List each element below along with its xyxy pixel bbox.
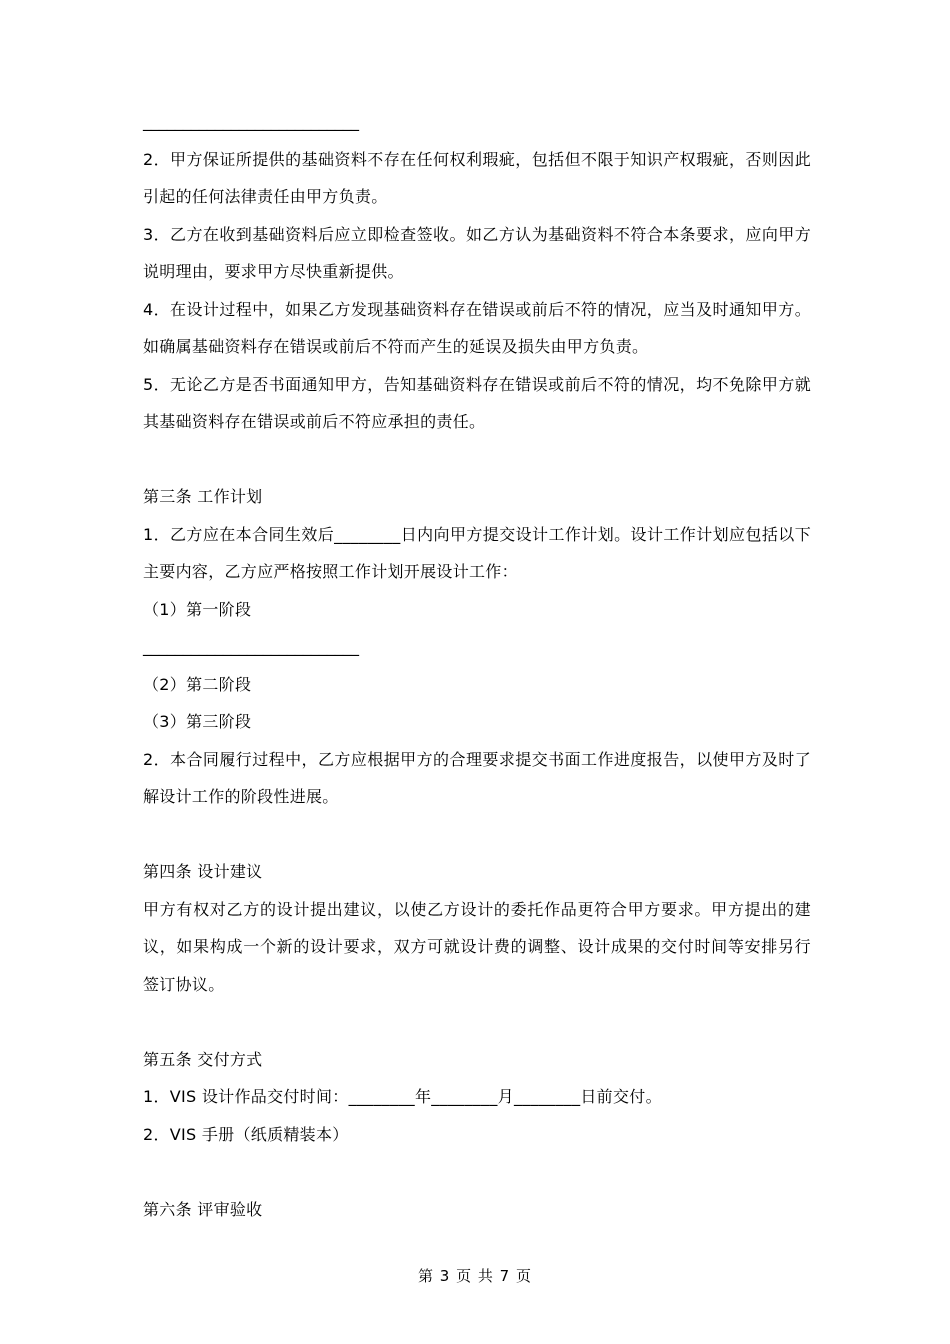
blank-line bbox=[143, 816, 811, 854]
clause-3-basic-materials: 3．乙方在收到基础资料后应立即检查签收。如乙方认为基础资料不符合本条要求，应向甲… bbox=[143, 216, 811, 291]
document-body: ___________________________ 2．甲方保证所提供的基础… bbox=[143, 103, 811, 1228]
contract-document-page: ___________________________ 2．甲方保证所提供的基础… bbox=[0, 0, 950, 1344]
page-number: 第 3 页 共 7 页 bbox=[0, 1258, 950, 1296]
clause-2-basic-materials: 2．甲方保证所提供的基础资料不存在任何权利瑕疵，包括但不限于知识产权瑕疵，否则因… bbox=[143, 141, 811, 216]
clause-5-basic-materials: 5．无论乙方是否书面通知甲方，告知基础资料存在错误或前后不符的情况，均不免除甲方… bbox=[143, 366, 811, 441]
clause-design-suggestions: 甲方有权对乙方的设计提出建议，以使乙方设计的委托作品更符合甲方要求。甲方提出的建… bbox=[143, 891, 811, 1004]
clause-1-work-plan: 1．乙方应在本合同生效后________日内向甲方提交设计工作计划。设计工作计划… bbox=[143, 516, 811, 591]
section-heading-article-3: 第三条 工作计划 bbox=[143, 478, 811, 516]
clause-2-work-plan: 2．本合同履行过程中，乙方应根据甲方的合理要求提交书面工作进度报告，以使甲方及时… bbox=[143, 741, 811, 816]
section-heading-article-6: 第六条 评审验收 bbox=[143, 1191, 811, 1229]
section-heading-article-5: 第五条 交付方式 bbox=[143, 1041, 811, 1079]
stage-1-item: （1）第一阶段 bbox=[143, 591, 811, 629]
stage-3-item: （3）第三阶段 bbox=[143, 703, 811, 741]
blank-line bbox=[143, 441, 811, 479]
section-heading-article-4: 第四条 设计建议 bbox=[143, 853, 811, 891]
underscore-fill-line: ___________________________ bbox=[143, 628, 811, 666]
clause-1-delivery-time: 1．VIS 设计作品交付时间：________年________月_______… bbox=[143, 1078, 811, 1116]
stage-2-item: （2）第二阶段 bbox=[143, 666, 811, 704]
blank-line bbox=[143, 1153, 811, 1191]
clause-2-vis-manual: 2．VIS 手册（纸质精装本） bbox=[143, 1116, 811, 1154]
blank-line bbox=[143, 1003, 811, 1041]
underscore-fill-line: ___________________________ bbox=[143, 103, 811, 141]
clause-4-basic-materials: 4．在设计过程中，如果乙方发现基础资料存在错误或前后不符的情况，应当及时通知甲方… bbox=[143, 291, 811, 366]
